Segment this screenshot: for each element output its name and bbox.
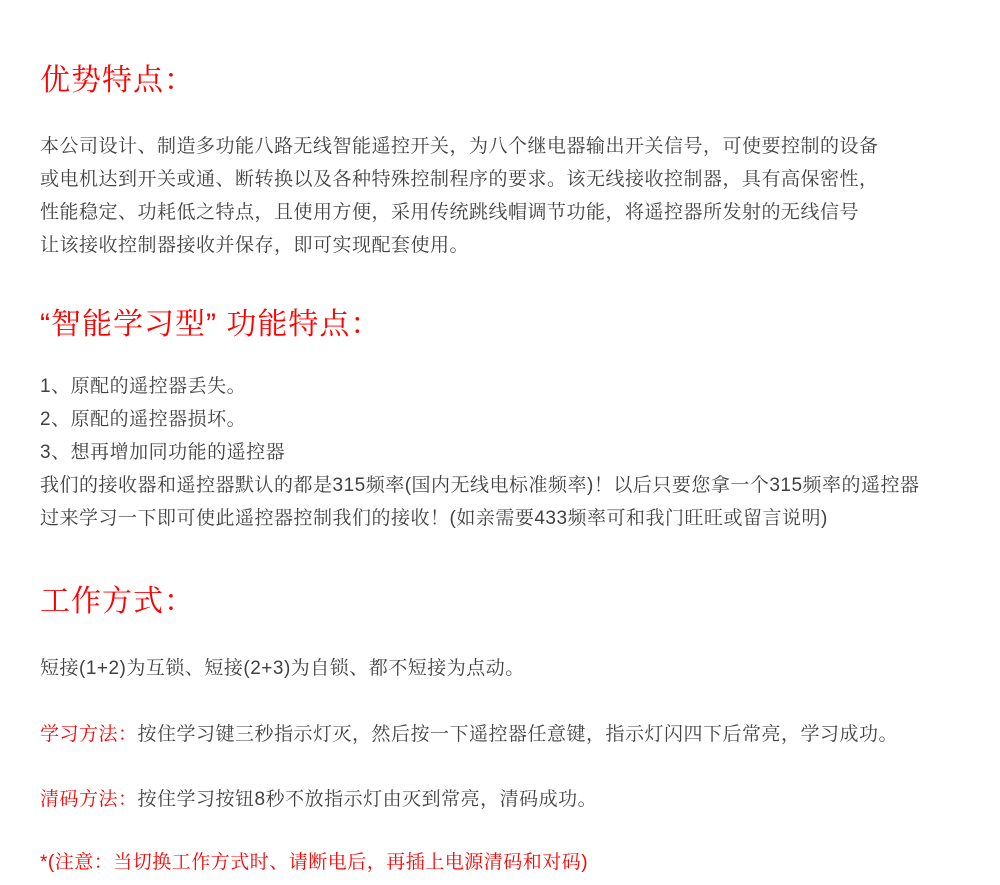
work-mode-line: 短接(1+2)为互锁、短接(2+3)为自锁、都不短接为点动。: [40, 652, 978, 685]
frequency-line-2: 过来学习一下即可使此遥控器控制我们的接收！(如亲需要433频率可和我门旺旺或留言…: [40, 502, 978, 535]
caution-note: *(注意：当切换工作方式时、请断电后，再插上电源清码和对码): [40, 846, 978, 879]
advantages-line-4: 让该接收控制器接收并保存，即可实现配套使用。: [40, 229, 978, 262]
list-item-3: 3、想再增加同功能的遥控器: [40, 436, 978, 469]
product-description-page: 优势特点： 本公司设计、制造多功能八路无线智能遥控开关，为八个继电器输出开关信号…: [0, 0, 1000, 885]
smart-learning-heading: “智能学习型” 功能特点：: [40, 306, 978, 344]
learn-method-line: 学习方法：按住学习键三秒指示灯灭，然后按一下遥控器任意键，指示灯闪四下后常亮，学…: [40, 718, 978, 751]
clear-code-text: 按住学习按钮8秒不放指示灯由灭到常亮，清码成功。: [138, 789, 598, 810]
frequency-line-1: 我们的接收器和遥控器默认的都是315频率(国内无线电标准频率)！以后只要您拿一个…: [40, 469, 978, 502]
advantages-line-2: 或电机达到开关或通、断转换以及各种特殊控制程序的要求。该无线接收控制器，具有高保…: [40, 163, 978, 196]
advantages-line-3: 性能稳定、功耗低之特点，且使用方便，采用传统跳线帽调节功能，将遥控器所发射的无线…: [40, 196, 978, 229]
advantages-line-1: 本公司设计、制造多功能八路无线智能遥控开关，为八个继电器输出开关信号，可使要控制…: [40, 130, 978, 163]
learn-method-text: 按住学习键三秒指示灯灭，然后按一下遥控器任意键，指示灯闪四下后常亮，学习成功。: [138, 724, 899, 745]
work-mode-heading: 工作方式：: [40, 583, 978, 621]
learn-method-label: 学习方法：: [40, 724, 138, 745]
clear-code-label: 清码方法：: [40, 789, 138, 810]
advantages-heading: 优势特点：: [40, 62, 978, 100]
smart-learning-list: 1、原配的遥控器丢失。 2、原配的遥控器损坏。 3、想再增加同功能的遥控器: [40, 370, 978, 469]
advantages-paragraph: 本公司设计、制造多功能八路无线智能遥控开关，为八个继电器输出开关信号，可使要控制…: [40, 130, 978, 262]
clear-code-line: 清码方法：按住学习按钮8秒不放指示灯由灭到常亮，清码成功。: [40, 783, 978, 816]
list-item-2: 2、原配的遥控器损坏。: [40, 403, 978, 436]
list-item-1: 1、原配的遥控器丢失。: [40, 370, 978, 403]
frequency-note: 我们的接收器和遥控器默认的都是315频率(国内无线电标准频率)！以后只要您拿一个…: [40, 469, 978, 535]
